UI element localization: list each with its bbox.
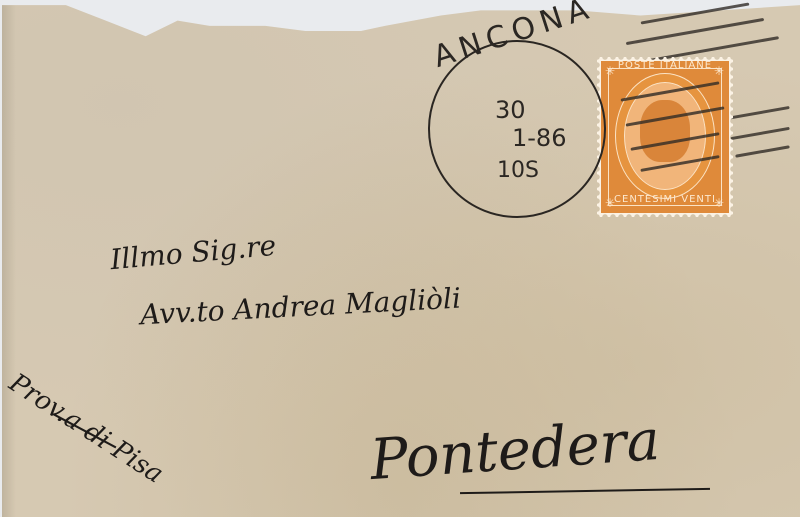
- star-icon: ✳: [714, 64, 724, 78]
- star-icon: ✳: [714, 196, 724, 210]
- postmark-date: 1-86: [512, 124, 566, 152]
- stamp-bottom-text: CENTESIMI VENTI: [606, 194, 724, 205]
- star-icon: ✳: [605, 64, 615, 78]
- postmark-day: 30: [495, 96, 526, 124]
- stamp-top-text: POSTE ITALIANE: [606, 60, 724, 71]
- star-icon: ✳: [605, 196, 615, 210]
- envelope-edge-shadow: [2, 0, 16, 517]
- postmark-code: 10S: [497, 158, 539, 183]
- stamp-portrait-icon: [640, 100, 690, 162]
